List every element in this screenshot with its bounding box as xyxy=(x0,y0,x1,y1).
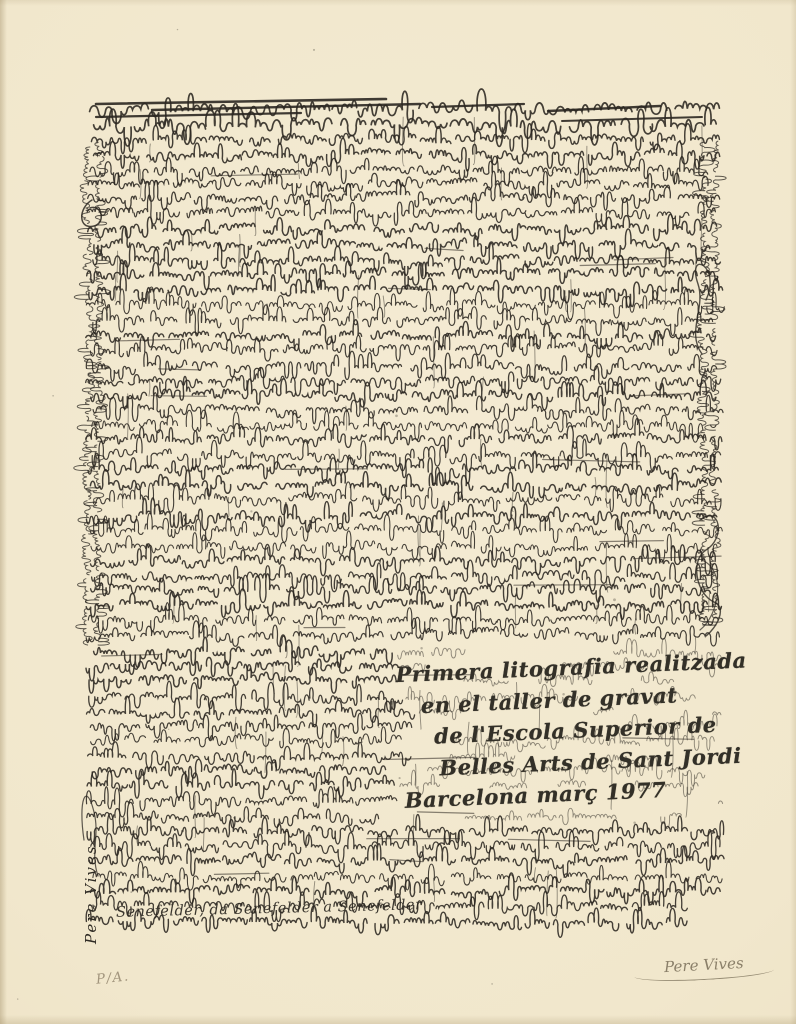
artwork-page: Primera litografia realitzada en el tall… xyxy=(0,0,796,1024)
scribble-field xyxy=(0,0,796,1024)
inscription: Primera litografia realitzada en el tall… xyxy=(395,645,741,817)
artist-name-vertical: Pere Vives xyxy=(82,844,100,944)
